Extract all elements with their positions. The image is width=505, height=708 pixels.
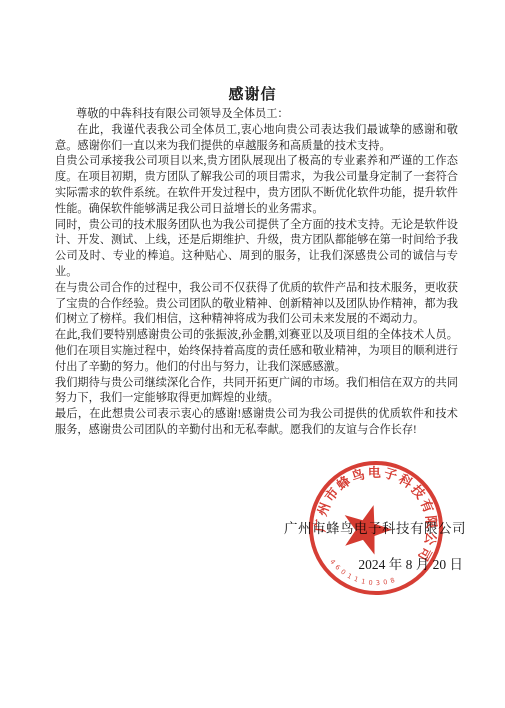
letter-paragraph: 我们期待与贵公司继续深化合作，共同开拓更广阔的市场。我们相信在双方的共同努力下，… bbox=[55, 376, 458, 408]
svg-text:广州市蜂鸟电子科技有限公司: 广州市蜂鸟电子科技有限公司 bbox=[309, 455, 450, 566]
letter-paragraph: 自贵公司承接我公司项目以来,贵方团队展现出了极高的专业素养和严谨的工作态度。在项… bbox=[55, 154, 458, 217]
seal-serial-number: 4601110308 bbox=[325, 557, 401, 594]
svg-text:4601110308: 4601110308 bbox=[325, 557, 401, 594]
seal-star-icon bbox=[345, 505, 392, 554]
company-seal-stamp: 广州市蜂鸟电子科技有限公司 4601110308 bbox=[302, 455, 450, 603]
letter-title: 感谢信 bbox=[0, 83, 505, 104]
seal-arc-text: 广州市蜂鸟电子科技有限公司 bbox=[309, 455, 450, 566]
letter-salutation: 尊敬的中犇科技有限公司领导及全体员工： bbox=[55, 107, 458, 123]
letter-paragraph: 同时，贵公司的技术服务团队也为我公司提供了全方面的技术支持。无论是软件设计、开发… bbox=[55, 218, 458, 281]
letter-paragraph: 最后，在此想贵公司表示衷心的感谢!感谢贵公司为我公司提供的优质软件和技术服务，感… bbox=[55, 407, 458, 439]
letter-paragraph: 在与贵公司合作的过程中，我公司不仅获得了优质的软件产品和技术服务，更收获了宝贵的… bbox=[55, 281, 458, 328]
letter-body: 尊敬的中犇科技有限公司领导及全体员工： 在此，我谨代表我公司全体员工,衷心地向贵… bbox=[55, 107, 458, 439]
letter-page: 感谢信 尊敬的中犇科技有限公司领导及全体员工： 在此，我谨代表我公司全体员工,衷… bbox=[0, 0, 505, 708]
letter-paragraph: 在此,我们要特别感谢贵公司的张振波,孙金鹏,刘赛亚以及项目组的全体技术人员。他们… bbox=[55, 328, 458, 375]
letter-paragraph: 在此，我谨代表我公司全体员工,衷心地向贵公司表达我们最诚挚的感谢和敬意。感谢你们… bbox=[55, 123, 458, 155]
